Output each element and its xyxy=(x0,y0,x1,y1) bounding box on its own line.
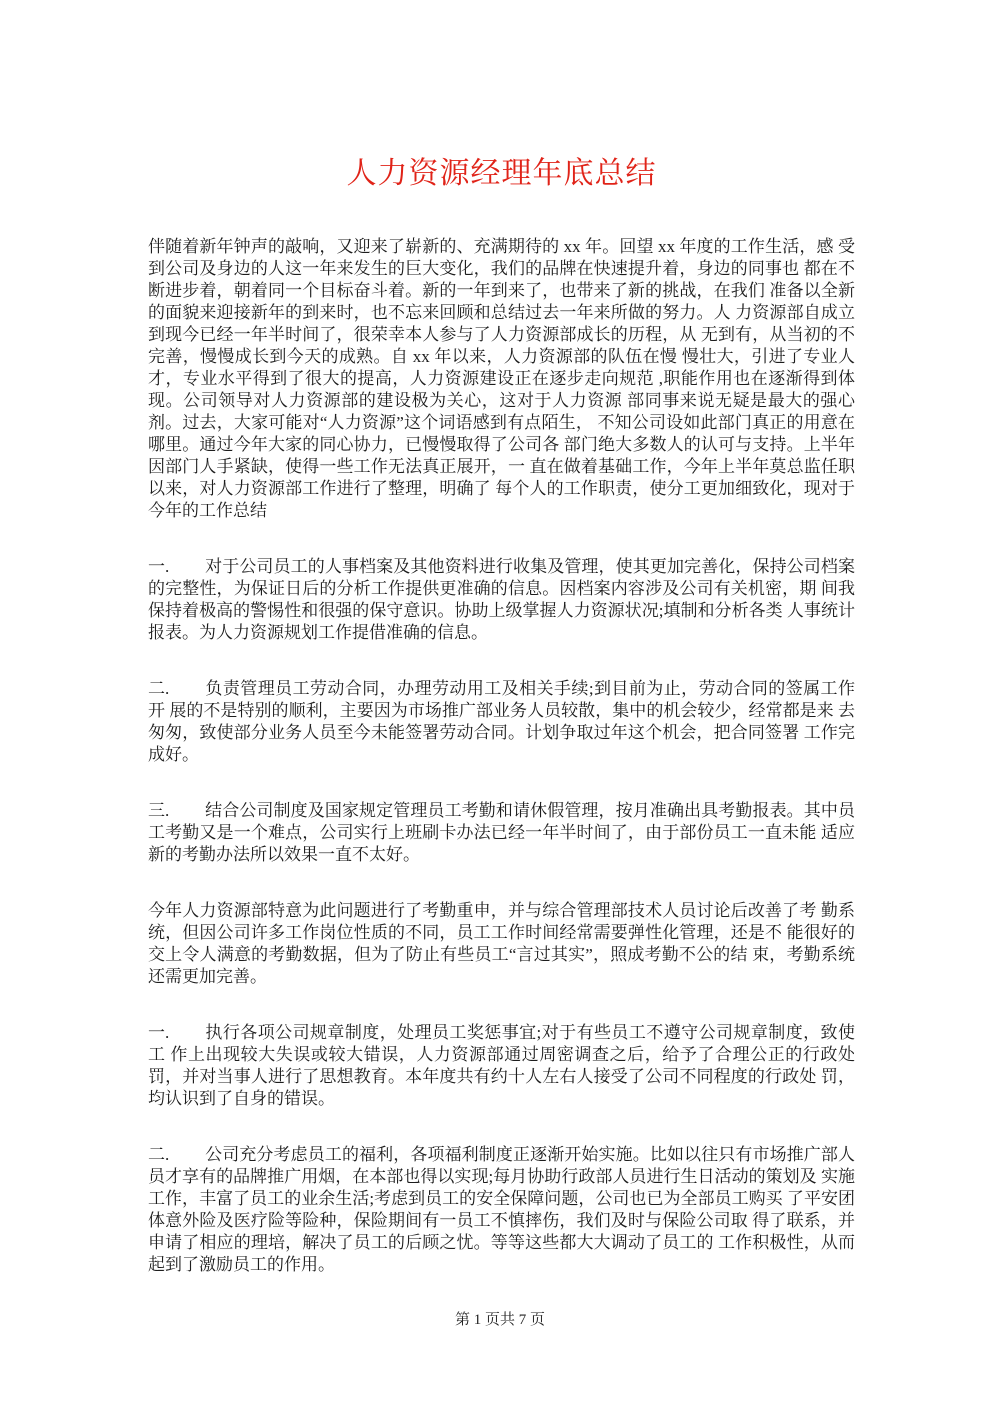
list-number: 一. xyxy=(148,556,205,578)
list-item-paragraph: 一.执行各项公司规章制度，处理员工奖惩事宜;对于有些员工不遵守公司规章制度，致使… xyxy=(148,1022,855,1110)
list-item-paragraph: 二.公司充分考虑员工的福利，各项福利制度正逐渐开始实施。比如以往只有市场推广部人… xyxy=(148,1144,855,1276)
paragraph-text: 对于公司员工的人事档案及其他资料进行收集及管理，使其更加完善化，保持公司档案的完… xyxy=(148,557,855,642)
list-number: 三. xyxy=(148,800,205,822)
list-number: 二. xyxy=(148,678,205,700)
list-number: 二. xyxy=(148,1144,205,1166)
paragraph-text: 负责管理员工劳动合同，办理劳动用工及相关手续;到目前为止，劳动合同的签属工作开 … xyxy=(148,679,855,764)
list-item-paragraph: 一.对于公司员工的人事档案及其他资料进行收集及管理，使其更加完善化，保持公司档案… xyxy=(148,556,855,644)
list-number: 一. xyxy=(148,1022,205,1044)
paragraph-text: 结合公司制度及国家规定管理员工考勤和请休假管理，按月准确出具考勤报表。其中员工考… xyxy=(148,801,855,864)
list-item-paragraph: 三.结合公司制度及国家规定管理员工考勤和请休假管理，按月准确出具考勤报表。其中员… xyxy=(148,800,855,866)
intro-paragraph: 伴随着新年钟声的敲响，又迎来了崭新的、充满期待的 xx 年。回望 xx 年度的工… xyxy=(148,236,855,522)
paragraph-text: 伴随着新年钟声的敲响，又迎来了崭新的、充满期待的 xx 年。回望 xx 年度的工… xyxy=(148,237,855,520)
page-number-footer: 第 1 页共 7 页 xyxy=(0,1308,1000,1329)
document-title: 人力资源经理年底总结 xyxy=(148,148,855,192)
body-paragraph: 今年人力资源部特意为此问题进行了考勤重申，并与综合管理部技术人员讨论后改善了考 … xyxy=(148,900,855,988)
document-page: 人力资源经理年底总结 伴随着新年钟声的敲响，又迎来了崭新的、充满期待的 xx 年… xyxy=(0,0,1000,1415)
paragraph-text: 今年人力资源部特意为此问题进行了考勤重申，并与综合管理部技术人员讨论后改善了考 … xyxy=(148,901,855,986)
list-item-paragraph: 二.负责管理员工劳动合同，办理劳动用工及相关手续;到目前为止，劳动合同的签属工作… xyxy=(148,678,855,766)
paragraph-text: 公司充分考虑员工的福利，各项福利制度正逐渐开始实施。比如以往只有市场推广部人员才… xyxy=(148,1145,855,1274)
paragraph-text: 执行各项公司规章制度，处理员工奖惩事宜;对于有些员工不遵守公司规章制度，致使工 … xyxy=(148,1023,855,1108)
